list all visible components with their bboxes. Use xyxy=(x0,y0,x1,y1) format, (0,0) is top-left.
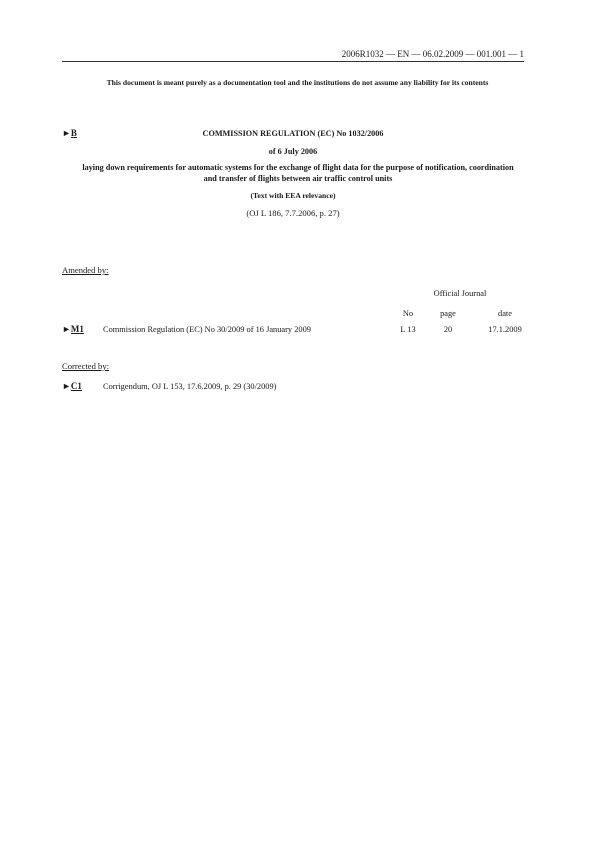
amended-by-label: Amended by: xyxy=(62,265,109,275)
arrow-icon: ► xyxy=(62,381,71,391)
column-date: date xyxy=(480,309,530,318)
amendment-date: 17.1.2009 xyxy=(480,325,530,334)
disclaimer: This document is meant purely as a docum… xyxy=(0,78,595,87)
regulation-title: COMMISSION REGULATION (EC) No 1032/2006 xyxy=(62,129,524,138)
regulation-date: of 6 July 2006 xyxy=(62,147,524,156)
column-no: No xyxy=(393,309,423,318)
oj-reference: (OJ L 186, 7.7.2006, p. 27) xyxy=(62,208,524,218)
document-reference: 2006R1032 — EN — 06.02.2009 — 001.001 — … xyxy=(342,49,524,59)
column-page: page xyxy=(430,309,466,318)
arrow-icon: ► xyxy=(62,324,71,334)
amendment-text: Commission Regulation (EC) No 30/2009 of… xyxy=(103,325,311,334)
correction-marker-c1[interactable]: ►C1 xyxy=(62,381,82,391)
amendment-no: L 13 xyxy=(393,325,423,334)
corrected-by-label: Corrected by: xyxy=(62,361,109,371)
eea-relevance: (Text with EEA relevance) xyxy=(62,191,524,200)
amendment-marker-m1[interactable]: ►M1 xyxy=(62,324,84,334)
regulation-subject: laying down requirements for automatic s… xyxy=(80,162,516,184)
official-journal-header: Official Journal xyxy=(410,289,510,298)
header-divider xyxy=(62,61,524,62)
correction-text: Corrigendum, OJ L 153, 17.6.2009, p. 29 … xyxy=(103,382,276,391)
marker-code[interactable]: C1 xyxy=(71,381,82,391)
marker-code[interactable]: M1 xyxy=(71,324,84,334)
amendment-page: 20 xyxy=(430,325,466,334)
